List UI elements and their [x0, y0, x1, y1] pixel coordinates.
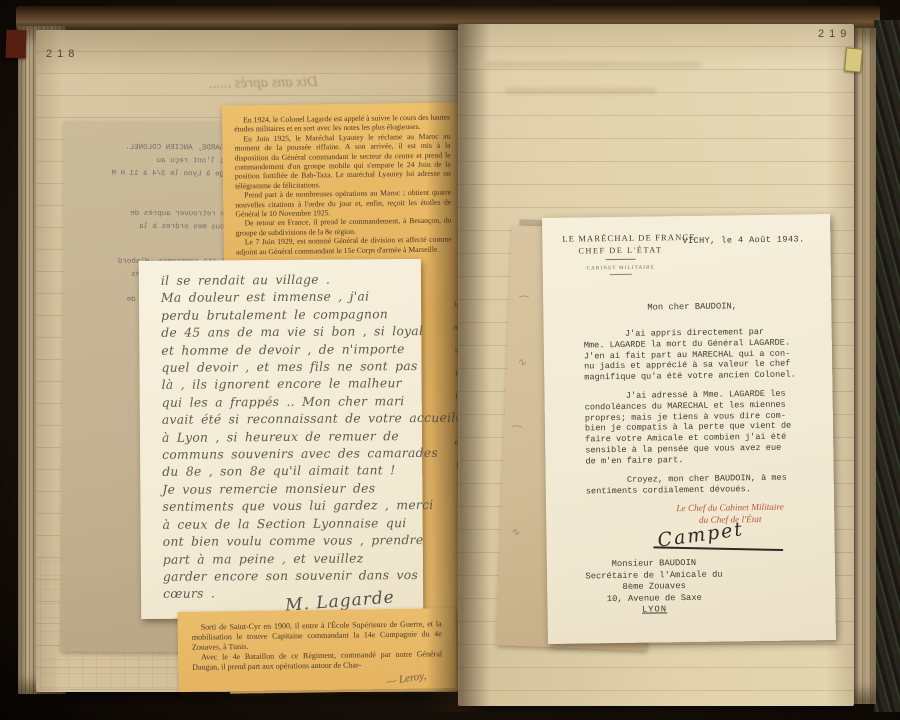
pen-stroke: ∿: [517, 356, 527, 369]
handwritten-line: garder encore son souvenir dans vos: [163, 567, 415, 586]
letter-closing: Croyez, mon cher BAUDOIN, à mes sentimen…: [586, 472, 806, 497]
pen-stroke: ⁀: [517, 296, 526, 309]
letter-paragraph-2: J'ai adressé à Mme. LAGARDE les condoléa…: [584, 388, 805, 467]
letterhead: LE MARÉCHAL DE FRANCE CHEF DE L'ÉTAT CAB…: [562, 232, 679, 276]
news-clipping-bottom: Sorti de Saint-Cyr en 1900, il entre à l…: [177, 608, 456, 692]
handwritten-line: ont bien voulu comme vous , prendre: [163, 532, 415, 551]
offset-line: LAGARDE, ANCIEN COLONEL.: [112, 142, 234, 156]
clipping-paragraph: Le 7 Juin 1929, est nommé Général de div…: [236, 235, 452, 257]
index-tab: [844, 47, 863, 72]
handwritten-line: perdu brutalement le compagnon: [161, 306, 413, 325]
offset-line: me retrouver auprès de: [130, 208, 229, 222]
salutation: Mon cher BAUDOIN,: [647, 301, 737, 312]
ghost-writing-line: [486, 62, 701, 68]
clipping-paragraph: Avec le 4e Bataillon de ce Régiment, com…: [192, 649, 442, 672]
right-page-number: 219: [818, 28, 851, 40]
handwritten-line: et homme de devoir , de n'importe: [161, 341, 413, 360]
handwritten-line: de 45 ans de ma vie si bon , si loyal: [161, 323, 413, 342]
handwritten-line: qui les a frappés .. Mon cher mari: [162, 393, 414, 412]
recipient-city: LYON: [579, 604, 729, 618]
handwritten-letter: il se rendait au village . Ma douleur es…: [139, 259, 423, 619]
clipping-text: En 1924, le Colonel Lagarde est appelé à…: [234, 113, 452, 257]
handwritten-line: là , ils ignorent encore le malheur: [162, 376, 414, 395]
pen-stroke: ∿: [510, 525, 520, 538]
signature-flourish: [653, 546, 783, 551]
handwritten-line: à Lyon , si heureux de remuer de: [162, 428, 414, 447]
handwritten-line: quel devoir , et mes fils ne sont pas: [161, 358, 413, 377]
offset-text-fragment: me retrouver auprès de sous mes ordres à…: [130, 208, 229, 235]
handwritten-line: il se rendait au village .: [161, 271, 413, 290]
recipient-address: Monsieur BAUDOIN Secrétaire de l'Amicale…: [579, 557, 730, 617]
place-date: VICHY, le 4 Août 1943.: [682, 234, 804, 246]
letterhead-cabinet: CABINET MILITAIRE: [563, 265, 679, 272]
scanned-album-spread: 218 Dix ans après ...... LAGARDE, ANCIEN…: [0, 0, 900, 720]
typed-letter-vichy: LE MARÉCHAL DE FRANCE CHEF DE L'ÉTAT CAB…: [542, 214, 836, 644]
clipping-text: Sorti de Saint-Cyr en 1900, il entre à l…: [192, 619, 443, 672]
handwritten-annotation: — Leroy,: [386, 670, 427, 688]
handwritten-line: part à ma peine , et veuillez: [163, 550, 415, 569]
marbled-cover-edge: [874, 20, 900, 712]
handwritten-line: Je vous remercie monsieur des: [162, 480, 414, 499]
letterhead-rule: [606, 259, 636, 260]
handwritten-line: communs souvenirs avec des camarades: [162, 445, 414, 464]
offset-line: sage à Lyon le 3/4 à 11 H M: [112, 168, 234, 182]
clipping-paragraph: Prend part à de nombreuses opérations au…: [235, 188, 451, 219]
offset-text-fragment: LAGARDE, ANCIEN COLONEL. qui l'ont reçu …: [112, 142, 234, 182]
offset-line: sous mes ordres à la: [130, 221, 229, 235]
corner-tab: [6, 30, 27, 59]
letterhead-rule: [610, 274, 632, 275]
edge-word: ns: [438, 315, 460, 338]
clipping-paragraph: Sorti de Saint-Cyr en 1900, il entre à l…: [192, 619, 442, 652]
letter-paragraph-1: J'ai appris directement par Mme. LAGARDE…: [584, 326, 805, 383]
clipping-paragraph: En Juin 1925, le Maréchal Lyautey le réc…: [234, 131, 451, 190]
left-page-number: 218: [46, 48, 79, 60]
edge-word: la: [438, 292, 460, 315]
handwritten-text: il se rendait au village . Ma douleur es…: [161, 271, 415, 603]
handwritten-line: Ma douleur est immense , j'ai: [161, 288, 413, 307]
offset-line: qui l'ont reçu au: [112, 155, 234, 169]
letterhead-line2: CHEF DE L'ÉTAT: [562, 245, 678, 256]
handwritten-line: sentiments que vous lui gardez , merci: [162, 497, 414, 516]
letterhead-line1: LE MARÉCHAL DE FRANCE: [562, 232, 678, 244]
handwritten-line: avait été si reconnaissant de votre accu…: [162, 410, 414, 429]
pen-stroke: ⁀: [510, 425, 519, 438]
ghost-writing-line: [506, 88, 656, 94]
handwritten-line: du 8e , son 8e qu'il aimait tant !: [162, 463, 414, 482]
recipient-line: Secrétaire de l'Amicale du: [579, 569, 729, 583]
handwritten-line: à ceux de la Section Lyonnaise qui: [163, 515, 415, 534]
